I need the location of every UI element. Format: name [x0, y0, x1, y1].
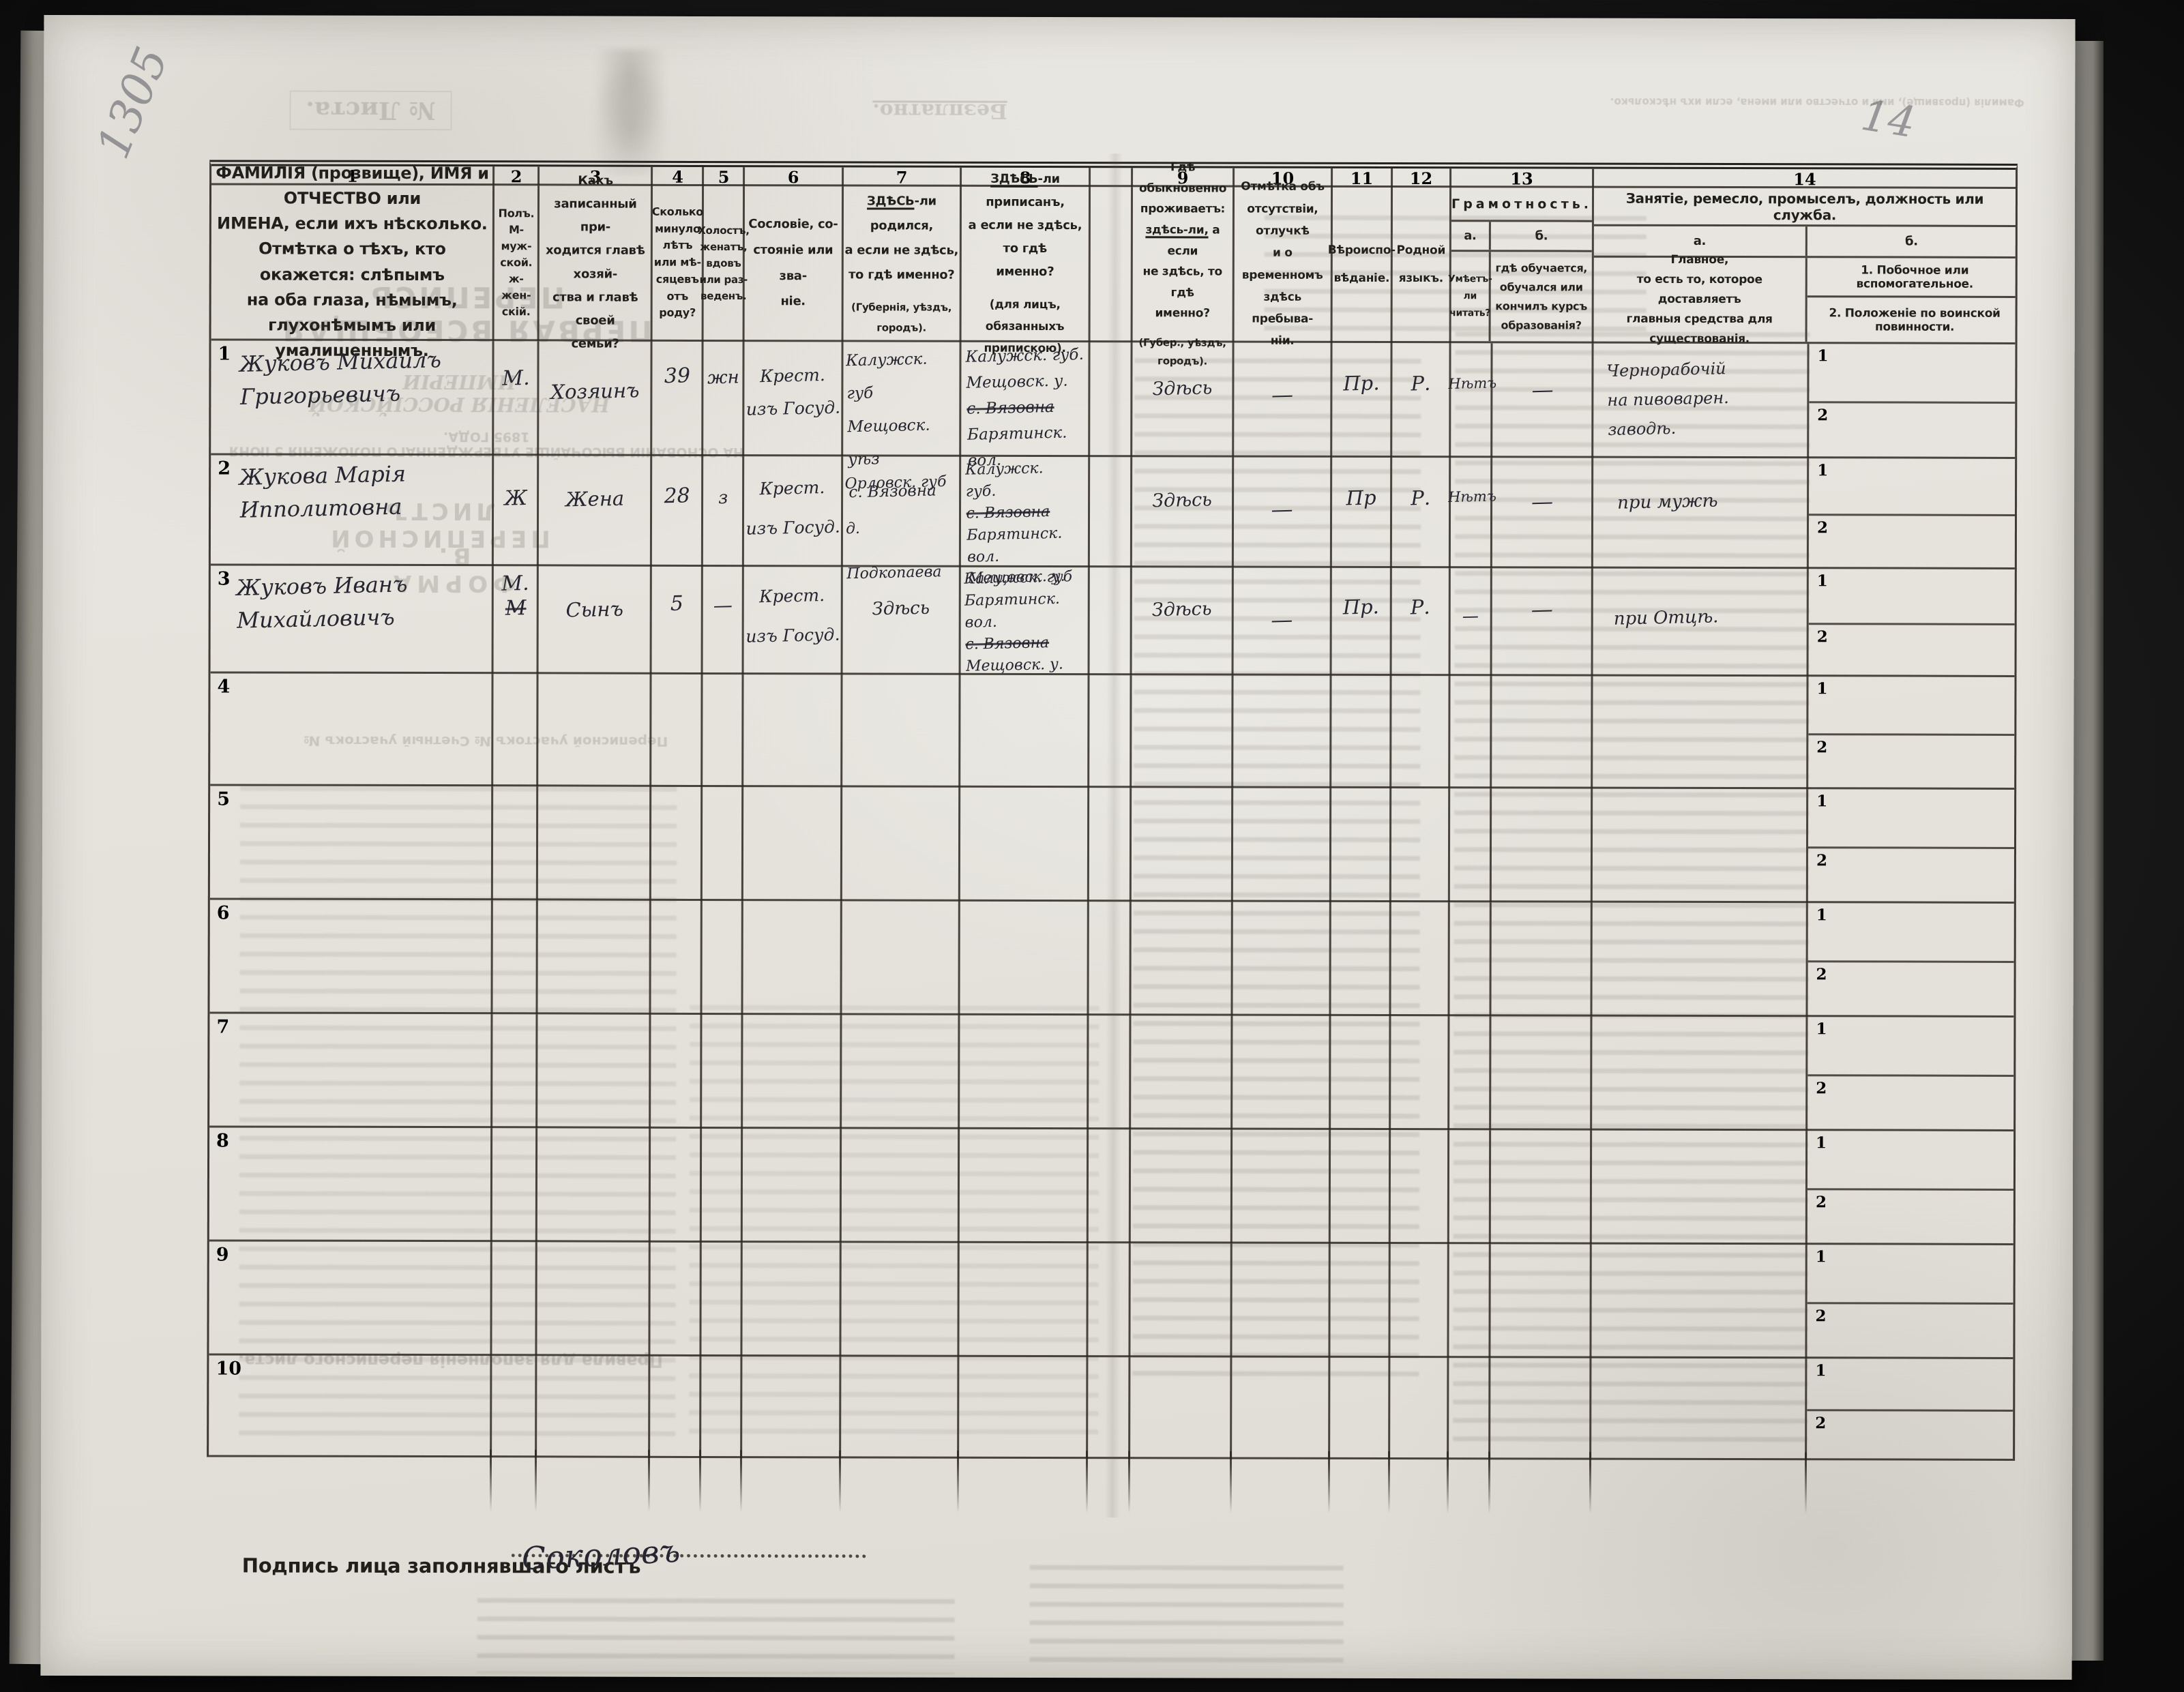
row1-registration: Калужск. губ. Мещовск. у.с. ВязовнаБарят… — [960, 342, 1089, 475]
row3-registration-struck: с. Вязовна — [965, 631, 1089, 655]
header-registration-underlined: ЗДѢСЬ — [990, 171, 1037, 185]
census-paper-sheet: 1305 № Листа. Безплатно. Фамилія (прозви… — [40, 15, 2075, 1680]
row2-registration-struck: с. Вязовна — [966, 501, 1088, 525]
row1-registration-struck: с. Вязовна — [966, 394, 1089, 423]
row3-birthplace: Здѣсь — [842, 595, 959, 624]
header-residence-underlined: здѣсь-ли, — [1145, 223, 1208, 237]
header-residence-text: а если не здѣсь, то гдѣ именно? — [1143, 223, 1222, 320]
row7-sub-2: 2 — [1816, 1079, 1827, 1097]
signature-handwritten: Соколовъ — [520, 1528, 681, 1583]
row3-registration-post: Мещовск. у. — [966, 653, 1089, 677]
col-number-14: 14 — [1594, 169, 2016, 190]
row2-age: 28 — [652, 480, 703, 512]
row5-sub-2: 2 — [1816, 851, 1827, 870]
row2-sub-1: 1 — [1817, 461, 1828, 479]
row3-relation: Сынъ — [538, 594, 651, 626]
row3-estate: Крест. изъ Госуд. — [743, 576, 842, 656]
row3-registration: Калужск. губ Барятинск. вол.с. ВязовнаМе… — [960, 566, 1089, 678]
header-birthplace-note: (Губернія, уѣздъ, городъ). — [844, 297, 960, 338]
bleed-stripes-mid-lower — [689, 1005, 1099, 1442]
row2-number: 2 — [218, 458, 231, 479]
header-occupation-secondary: 1. Побочное или вспомогательное. — [1807, 258, 2016, 298]
header-occupation-military: 2. Положеніе по воинской повинности. — [1807, 297, 2016, 342]
row9-number: 9 — [216, 1244, 229, 1265]
top-right-bleed-text: Фамилія (прозвище), имя и отчество или и… — [1592, 92, 2042, 113]
row3-marital: — — [703, 591, 743, 620]
header-residence-pre: Гдѣ обыкновенно проживаетъ: — [1133, 157, 1233, 220]
row1-secondary-occupation-cell: 1 2 — [1809, 344, 2015, 457]
row1-age: 39 — [652, 360, 703, 392]
row4-number: 4 — [217, 676, 230, 697]
row1-marital: жн — [703, 364, 743, 391]
row10-sub-2: 2 — [1815, 1414, 1826, 1433]
row1-sub-1: 1 — [1817, 346, 1828, 365]
header-marital: Холостъ, женатъ, вдовъ или раз- веденъ. — [704, 186, 743, 340]
row5-sub-1: 1 — [1816, 792, 1827, 810]
row2-sub-2: 2 — [1817, 519, 1828, 537]
row6-sub-1: 1 — [1816, 906, 1827, 924]
row6-sub-2: 2 — [1816, 965, 1827, 983]
row3-registration-pre: Калужск. губ Барятинск. вол. — [964, 566, 1088, 634]
row6-number: 6 — [217, 902, 230, 923]
row7-sub-1: 1 — [1816, 1020, 1827, 1038]
folio-number-handwritten: 1305 — [87, 40, 179, 166]
header-birthplace: ЗДѢСЬ-ли родился, а если не здѣсь, то гд… — [844, 186, 960, 340]
row9-sub-1: 1 — [1816, 1247, 1827, 1266]
header-estate: Сословіе, со- стояніе или зва- ніе. — [745, 186, 842, 340]
header-residence: Гдѣ обыкновенно проживаетъ: здѣсь-ли, а … — [1133, 187, 1233, 340]
header-occupation-b-label: б. — [1807, 226, 2016, 256]
bezplatno-stamp: Безплатно. — [872, 98, 1007, 122]
col-number-5: 5 — [704, 167, 743, 187]
col-number-11: 11 — [1333, 168, 1391, 188]
bleed-title-main: ПЕРВАЯ ВСЕОБЩАЯ ПЕРЕПИСЬ — [228, 280, 705, 347]
row3-sub-2: 2 — [1817, 627, 1828, 646]
row3-sub-1: 1 — [1817, 572, 1828, 590]
row3-sex-struck: М — [494, 596, 538, 621]
bleed-title-sub: НАСЕЛЕНІЯ РОССІЙСКОЙ ИМПЕРІИ — [268, 370, 650, 416]
bleed-title-law: НА ОСНОВАНІИ ВЫСОЧАЙШЕ УТВЕРЖДЕННАГО ПОЛ… — [227, 428, 746, 460]
header-registration: ЗДѢСЬ-ли приписанъ, а если не здѣсь, то … — [962, 187, 1089, 340]
row9-sub-2: 2 — [1816, 1307, 1827, 1325]
row2-marital: з — [703, 484, 743, 511]
row7-number: 7 — [216, 1016, 229, 1037]
imperial-eagle-watermark — [586, 49, 675, 175]
col-number-13: 13 — [1451, 168, 1592, 188]
row1-estate: Крест. изъ Госуд. — [743, 359, 842, 426]
row3-age: 5 — [651, 588, 702, 620]
row8-sub-1: 1 — [1816, 1133, 1827, 1152]
col-number-2: 2 — [495, 166, 538, 186]
row2-secondary-occupation-cell: 1 2 — [1809, 458, 2015, 567]
sheet-number-stamp: № Листа. — [289, 96, 452, 125]
scanned-census-sheet: 1305 № Листа. Безплатно. Фамилія (прозви… — [0, 0, 2184, 1692]
bleed-uchastok-line: Переписной участокъ № Счетный участокъ № — [226, 732, 745, 750]
row3-secondary-occupation-cell: 1 2 — [1809, 569, 2015, 675]
sheet-number-stamp-label: № Листа. — [289, 91, 452, 130]
header-birthplace-underlined: ЗДѢСЬ — [867, 194, 914, 208]
row2-estate: Крест. изъ Госуд. — [743, 468, 842, 548]
fold-crease — [1105, 153, 1123, 1517]
bleed-stripes-header-right — [1265, 216, 1647, 342]
row2-registration-pre: Калужск. губ. — [965, 457, 1087, 503]
bleed-form-letter: ФОРМА В. — [381, 542, 524, 597]
bleed-stripes-col13-14 — [1453, 331, 1810, 1451]
col-number-7: 7 — [844, 167, 960, 187]
col-number-12: 12 — [1393, 168, 1449, 188]
row1-registration-pre: Калужск. губ. Мещовск. у. — [965, 342, 1088, 397]
row10-sub-1: 1 — [1815, 1361, 1826, 1380]
header-registration-text: -ли приписанъ, а если не здѣсь, то гдѣ и… — [969, 172, 1082, 280]
row3-number: 3 — [218, 568, 231, 589]
col-number-4: 4 — [653, 167, 703, 187]
row5-number: 5 — [217, 788, 230, 810]
bleed-stripes-bottom-right — [1029, 1565, 1343, 1668]
row4-sub-2: 2 — [1816, 738, 1827, 756]
bleed-stripes-left-lower — [239, 786, 677, 1441]
col-number-6: 6 — [745, 167, 842, 187]
bleed-stripes-col9-11 — [1132, 358, 1421, 1382]
row1-sub-2: 2 — [1817, 406, 1828, 425]
row8-sub-2: 2 — [1816, 1193, 1827, 1211]
header-occupation-group: Занятіе, ремесло, промыселъ, должность и… — [1594, 188, 2016, 342]
header-occupation-title: Занятіе, ремесло, промыселъ, должность и… — [1594, 188, 2016, 227]
bleed-stripes-below-signature — [477, 1598, 954, 1674]
row4-sub-1: 1 — [1816, 679, 1827, 698]
page-number-handwritten: 14 — [1858, 90, 1919, 148]
row8-number: 8 — [216, 1130, 229, 1151]
